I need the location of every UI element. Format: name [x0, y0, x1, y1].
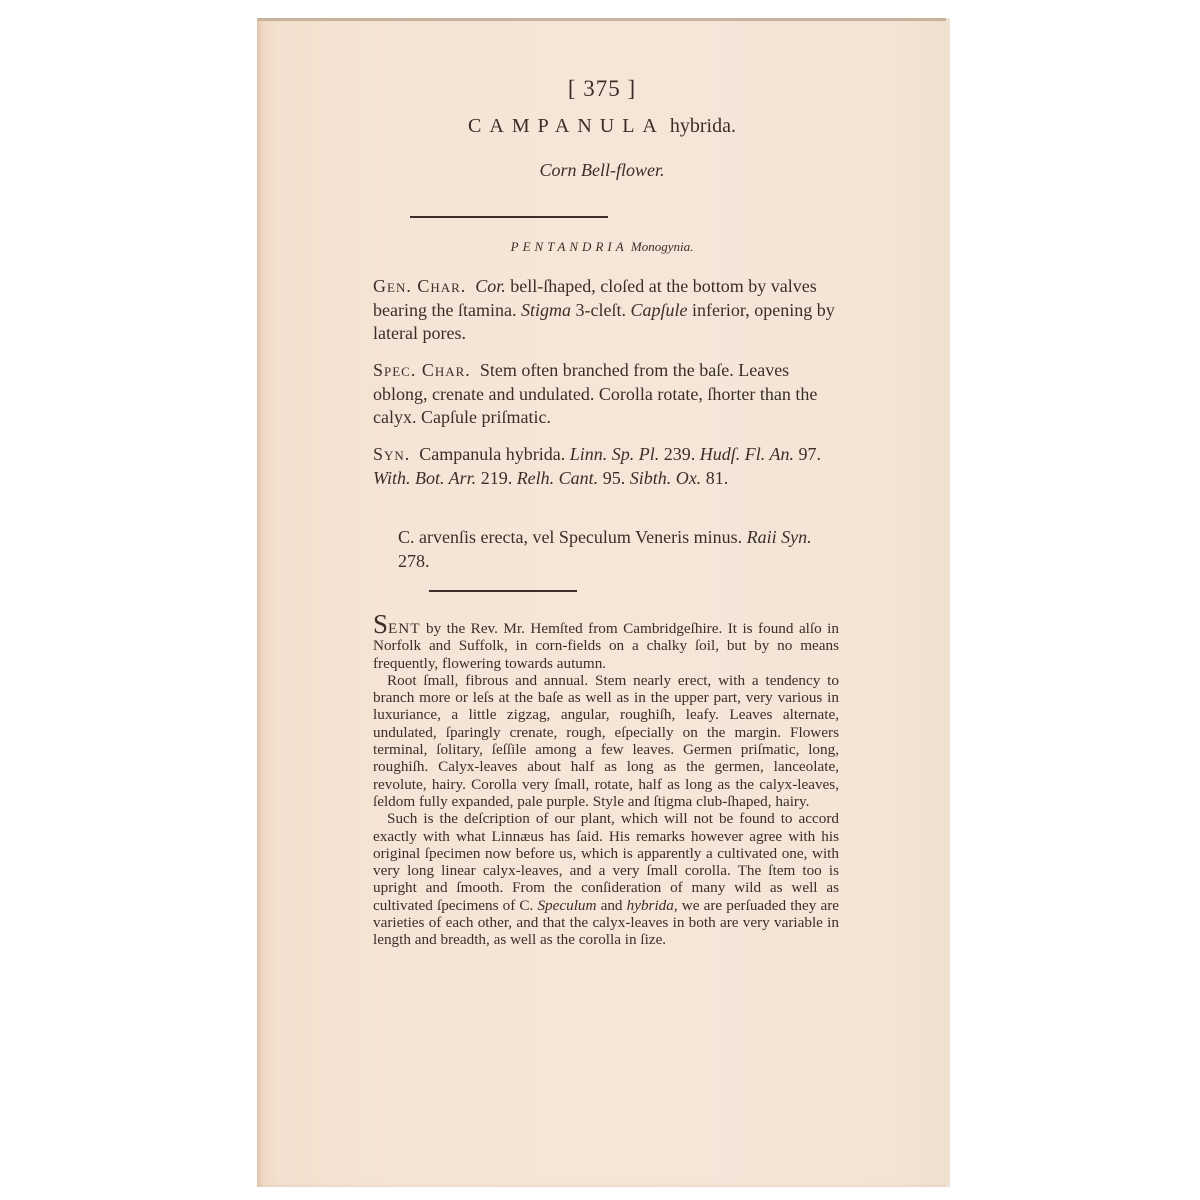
- syn-label: Syn.: [373, 444, 410, 464]
- description-body: SENT by the Rev. Mr. Hemſted from Cambri…: [373, 616, 839, 949]
- syn-page: 81.: [701, 468, 728, 488]
- drop-cap: S: [373, 609, 388, 639]
- term-cor: Cor.: [475, 276, 506, 296]
- class-name: PENTANDRIA: [511, 239, 628, 254]
- linnaean-classification: PENTANDRIA Monogynia.: [257, 239, 947, 255]
- page-number: [ 375 ]: [257, 76, 947, 102]
- generic-character: Gen. Char. Cor. bell-ſhaped, cloſed at t…: [373, 275, 843, 346]
- syn-page: 95.: [598, 468, 630, 488]
- paragraph-remarks: Such is the deſcription of our plant, wh…: [373, 810, 839, 948]
- species-epithet: hybrida.: [670, 115, 736, 137]
- gen-char-label: Gen. Char.: [373, 276, 466, 296]
- syn2-text: C. arvenſis erecta, vel Speculum Veneris…: [398, 527, 747, 547]
- genus-name: CAMPANULA: [468, 115, 665, 137]
- species-title: CAMPANULA hybrida.: [257, 115, 947, 138]
- species-speculum: Speculum: [537, 897, 596, 914]
- syn-reference: With. Bot. Arr.: [373, 468, 476, 488]
- syn-text: Campanula hybrida.: [419, 444, 569, 464]
- synonyms: Syn. Campanula hybrida. Linn. Sp. Pl. 23…: [373, 443, 843, 490]
- paragraph-text: by the Rev. Mr. Hemſted from Cambridgeſh…: [373, 620, 839, 672]
- document-page: [ 375 ] CAMPANULA hybrida. Corn Bell-flo…: [257, 18, 947, 1187]
- species-hybrida: hybrida,: [627, 897, 678, 914]
- paragraph-description: Root ſmall, fibrous and annual. Stem nea…: [373, 672, 839, 810]
- syn-reference: Relh. Cant.: [517, 468, 599, 488]
- paragraph-intro: SENT by the Rev. Mr. Hemſted from Cambri…: [373, 616, 839, 672]
- syn2-page: 278.: [398, 551, 430, 571]
- syn-reference: Hudſ. Fl. An.: [700, 444, 794, 464]
- syn2-reference: Raii Syn.: [747, 527, 812, 547]
- synonym-secondary: C. arvenſis erecta, vel Speculum Veneris…: [398, 526, 843, 573]
- term-stigma: Stigma: [521, 300, 571, 320]
- gen-char-text: 3-cleſt.: [571, 300, 630, 320]
- syn-page: 97.: [794, 444, 821, 464]
- lead-caps: ENT: [388, 620, 421, 637]
- order-name: Monogynia.: [631, 239, 693, 254]
- common-name: Corn Bell-flower.: [257, 160, 947, 181]
- syn-reference: Linn. Sp. Pl.: [570, 444, 660, 464]
- paragraph-text: and: [596, 897, 626, 914]
- divider-rule: [429, 590, 577, 592]
- syn-page: 239.: [659, 444, 700, 464]
- divider-rule: [410, 216, 608, 218]
- specific-character: Spec. Char. Stem often branched from the…: [373, 359, 843, 430]
- term-capsule: Capſule: [630, 300, 687, 320]
- syn-page: 219.: [476, 468, 517, 488]
- spec-char-label: Spec. Char.: [373, 360, 471, 380]
- syn-reference: Sibth. Ox.: [630, 468, 702, 488]
